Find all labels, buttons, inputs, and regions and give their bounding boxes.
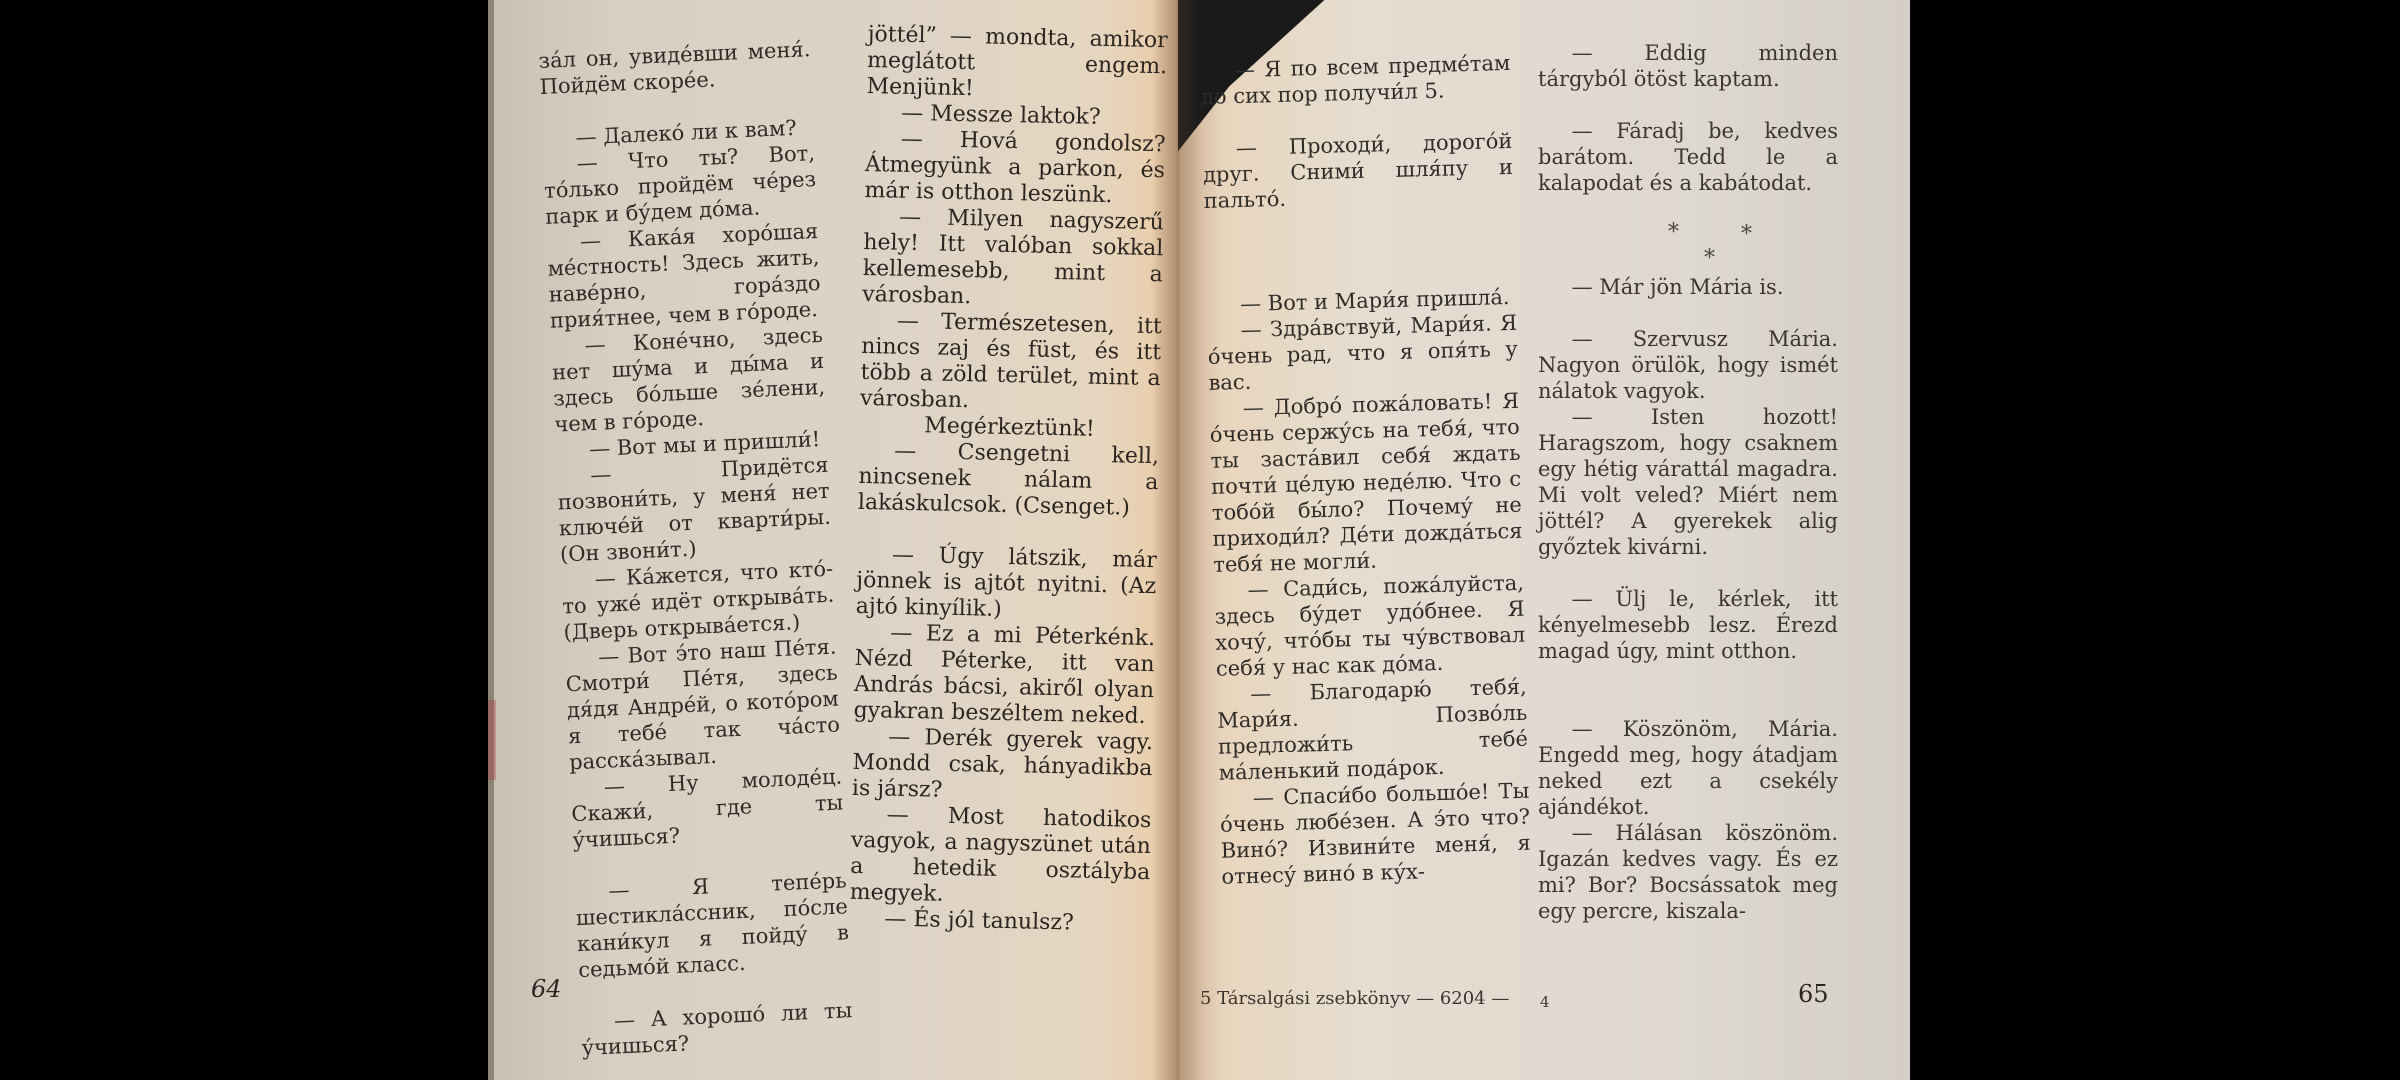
dialogue-line: jöttél” — mondta, amikor meglátott engem… <box>866 22 1168 106</box>
asterisk-icon: * <box>1704 246 1715 271</box>
dialogue-line: — Я тепе́рь шестикла́ссник, по́сле кани́… <box>574 867 850 983</box>
dialogue-line: — Добро́ пожа́ловать! Я о́чень сержу́сь … <box>1209 388 1524 578</box>
dialogue-line: — Hová gondolsz? Átmegyünk a parkon, és … <box>864 126 1166 210</box>
dialogue-line: — Ка́жется, что кто́-то уже́ идёт открыв… <box>561 556 836 646</box>
page-number-right: 65 <box>1798 980 1829 1008</box>
book-photo: за́л он, увиде́вши меня́. Пойдём скоре́е… <box>488 0 1910 1080</box>
dialogue-line: — Ülj le, kérlek, itt kényelmesebb lesz.… <box>1538 586 1838 664</box>
dialogue-line: — Fáradj be, kedves barátom. Tedd le a k… <box>1538 118 1838 196</box>
dialogue-line: — Ну молоде́ц. Скажи́, где ты у́чишься? <box>570 763 845 853</box>
dialogue-line: — Сади́сь, пожа́луйста, здесь бу́дет удо… <box>1214 570 1527 682</box>
paragraph-gap <box>1538 560 1838 586</box>
page-footer: 5 Társalgási zsebkönyv — 6204 — <box>1200 988 1509 1009</box>
dialogue-line: — Köszönöm, Mária. Engedd meg, hogy átad… <box>1538 716 1838 820</box>
dialogue-line: — Проходи́, дорого́й друг. Сними́ шля́пу… <box>1202 128 1514 214</box>
left-page: за́л он, увиде́вши меня́. Пойдём скоре́е… <box>488 0 1178 1080</box>
page-stain <box>488 700 496 780</box>
page-number-left: 64 <box>531 975 562 1003</box>
dialogue-line: — Придётся позвони́ть, у меня́ нет ключе… <box>556 452 832 568</box>
dialogue-line: — Úgy látszik, már jönnek is ajtót nyitn… <box>855 542 1157 626</box>
dialogue-line: — Természetesen, itt nincs zaj és füst, … <box>860 308 1162 418</box>
paragraph-gap <box>1538 300 1838 326</box>
left-hungarian-column: jöttél” — mondta, amikor meglátott engem… <box>849 22 1168 938</box>
section-separator: * * * <box>1638 220 1838 280</box>
dialogue-line: — Eddig minden tárgyból ötöst kaptam. <box>1538 40 1838 92</box>
dialogue-line: — Isten hozott! Haragszom, hogy csaknem … <box>1538 404 1838 560</box>
book-gutter <box>1153 0 1203 1080</box>
dialogue-line: — Здра́вствуй, Мари́я. Я о́чень рад, что… <box>1207 310 1519 396</box>
dialogue-line: — Кака́я хоро́шая ме́стность! Здесь жить… <box>546 218 822 334</box>
dialogue-line: — Вот э́то наш Пе́тя. Смотри́ Пе́тя, зде… <box>564 634 841 776</box>
dialogue-line: — Most hatodikos vagyok, a nagyszünet ut… <box>849 802 1151 912</box>
dialogue-line: — Csengetni kell, nincsenek nálam a laká… <box>858 438 1160 522</box>
dialogue-line: — А хорошо́ ли ты у́чишься? <box>580 997 854 1061</box>
dialogue-line: — Коне́чно, здесь нет шу́ма и ды́ма и зд… <box>550 322 826 438</box>
left-russian-column: за́л он, увиде́вши меня́. Пойдём скоре́е… <box>538 36 854 1061</box>
dialogue-line: — Ez a mi Péterkénk. Nézd Péterke, itt v… <box>853 620 1155 730</box>
asterisk-icon: * <box>1741 222 1752 247</box>
page-edge <box>488 0 494 1080</box>
dialogue-line: — Я по всем предме́там до сих пор получи… <box>1200 50 1511 110</box>
dialogue-line: — Milyen nagyszerű hely! Itt valóban sok… <box>862 204 1164 314</box>
signature-mark: 4 <box>1540 993 1550 1011</box>
dialogue-line: — Hálásan köszönöm. Igazán kedves vagy. … <box>1538 820 1838 924</box>
dialogue-line: — Derék gyerek vagy. Mondd csak, hányadi… <box>852 724 1154 808</box>
right-hungarian-column: — Eddig minden tárgyból ötöst kaptam.— F… <box>1538 40 1838 924</box>
dialogue-line: — Что ты? Вот, то́лько пройдём че́рез па… <box>543 140 818 230</box>
dialogue-line: — Szervusz Mária. Nagyon örülök, hogy is… <box>1538 326 1838 404</box>
paragraph-gap <box>1538 92 1838 118</box>
paragraph-gap <box>1204 206 1516 292</box>
dialogue-line: — Спаси́бо большо́е! Ты о́чень любе́зен.… <box>1219 778 1532 890</box>
paragraph-gap <box>1538 664 1838 716</box>
dialogue-line: — És jól tanulsz? <box>849 906 1149 938</box>
right-russian-column: — Я по всем предме́там до сих пор получи… <box>1200 50 1532 890</box>
asterisk-icon: * <box>1668 220 1679 245</box>
dialogue-line: — Благодарю́ тебя́, Мари́я. Позво́ль пре… <box>1216 674 1529 786</box>
